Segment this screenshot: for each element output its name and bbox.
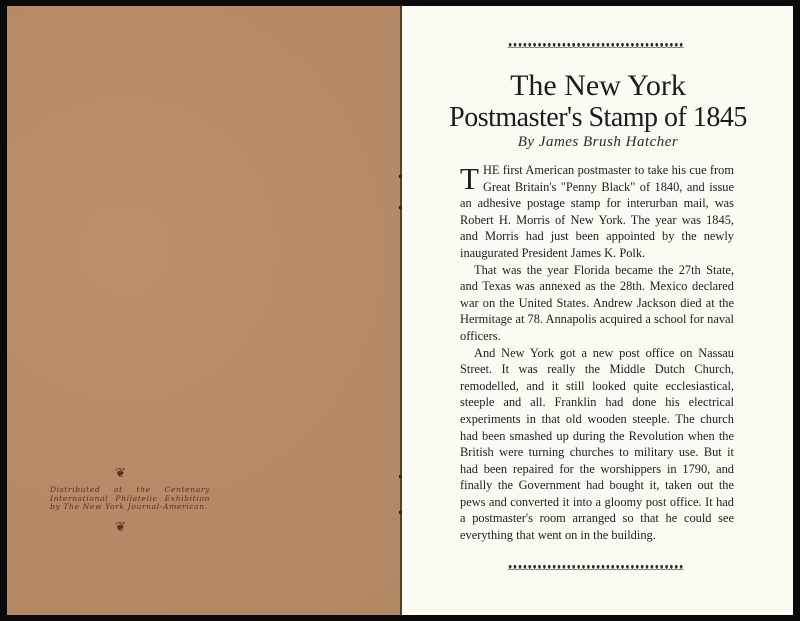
article-title-line1: The New York [422,70,774,102]
article-byline: By James Brush Hatcher [422,134,774,151]
leaf-ornament-icon: ❦ [115,466,126,481]
drop-cap: T [460,166,479,192]
article-title-line2: Postmaster's Stamp of 1845 [422,102,774,134]
ornament-border-top: ᴥᴥᴥᴥᴥᴥᴥᴥᴥᴥᴥᴥᴥᴥᴥᴥᴥᴥᴥᴥᴥᴥᴥᴥᴥᴥᴥᴥᴥᴥᴥᴥᴥᴥᴥᴥ [457,40,734,52]
paragraph-1: THE first American postmaster to take hi… [460,162,734,262]
article-body: THE first American postmaster to take hi… [460,162,734,544]
leaf-ornament-icon: ❦ [115,520,126,535]
paragraph-2: That was the year Florida became the 27t… [460,262,734,345]
right-page-article: ᴥᴥᴥᴥᴥᴥᴥᴥᴥᴥᴥᴥᴥᴥᴥᴥᴥᴥᴥᴥᴥᴥᴥᴥᴥᴥᴥᴥᴥᴥᴥᴥᴥᴥᴥᴥ The… [402,6,793,615]
left-page-cover: ❦ Distributed at the Centenary Internati… [7,6,401,615]
paragraph-3: And New York got a new post office on Na… [460,345,734,544]
colophon-text: Distributed at the Centenary Internation… [50,486,210,512]
ornament-border-bottom: ᴥᴥᴥᴥᴥᴥᴥᴥᴥᴥᴥᴥᴥᴥᴥᴥᴥᴥᴥᴥᴥᴥᴥᴥᴥᴥᴥᴥᴥᴥᴥᴥᴥᴥᴥᴥ [457,562,734,574]
